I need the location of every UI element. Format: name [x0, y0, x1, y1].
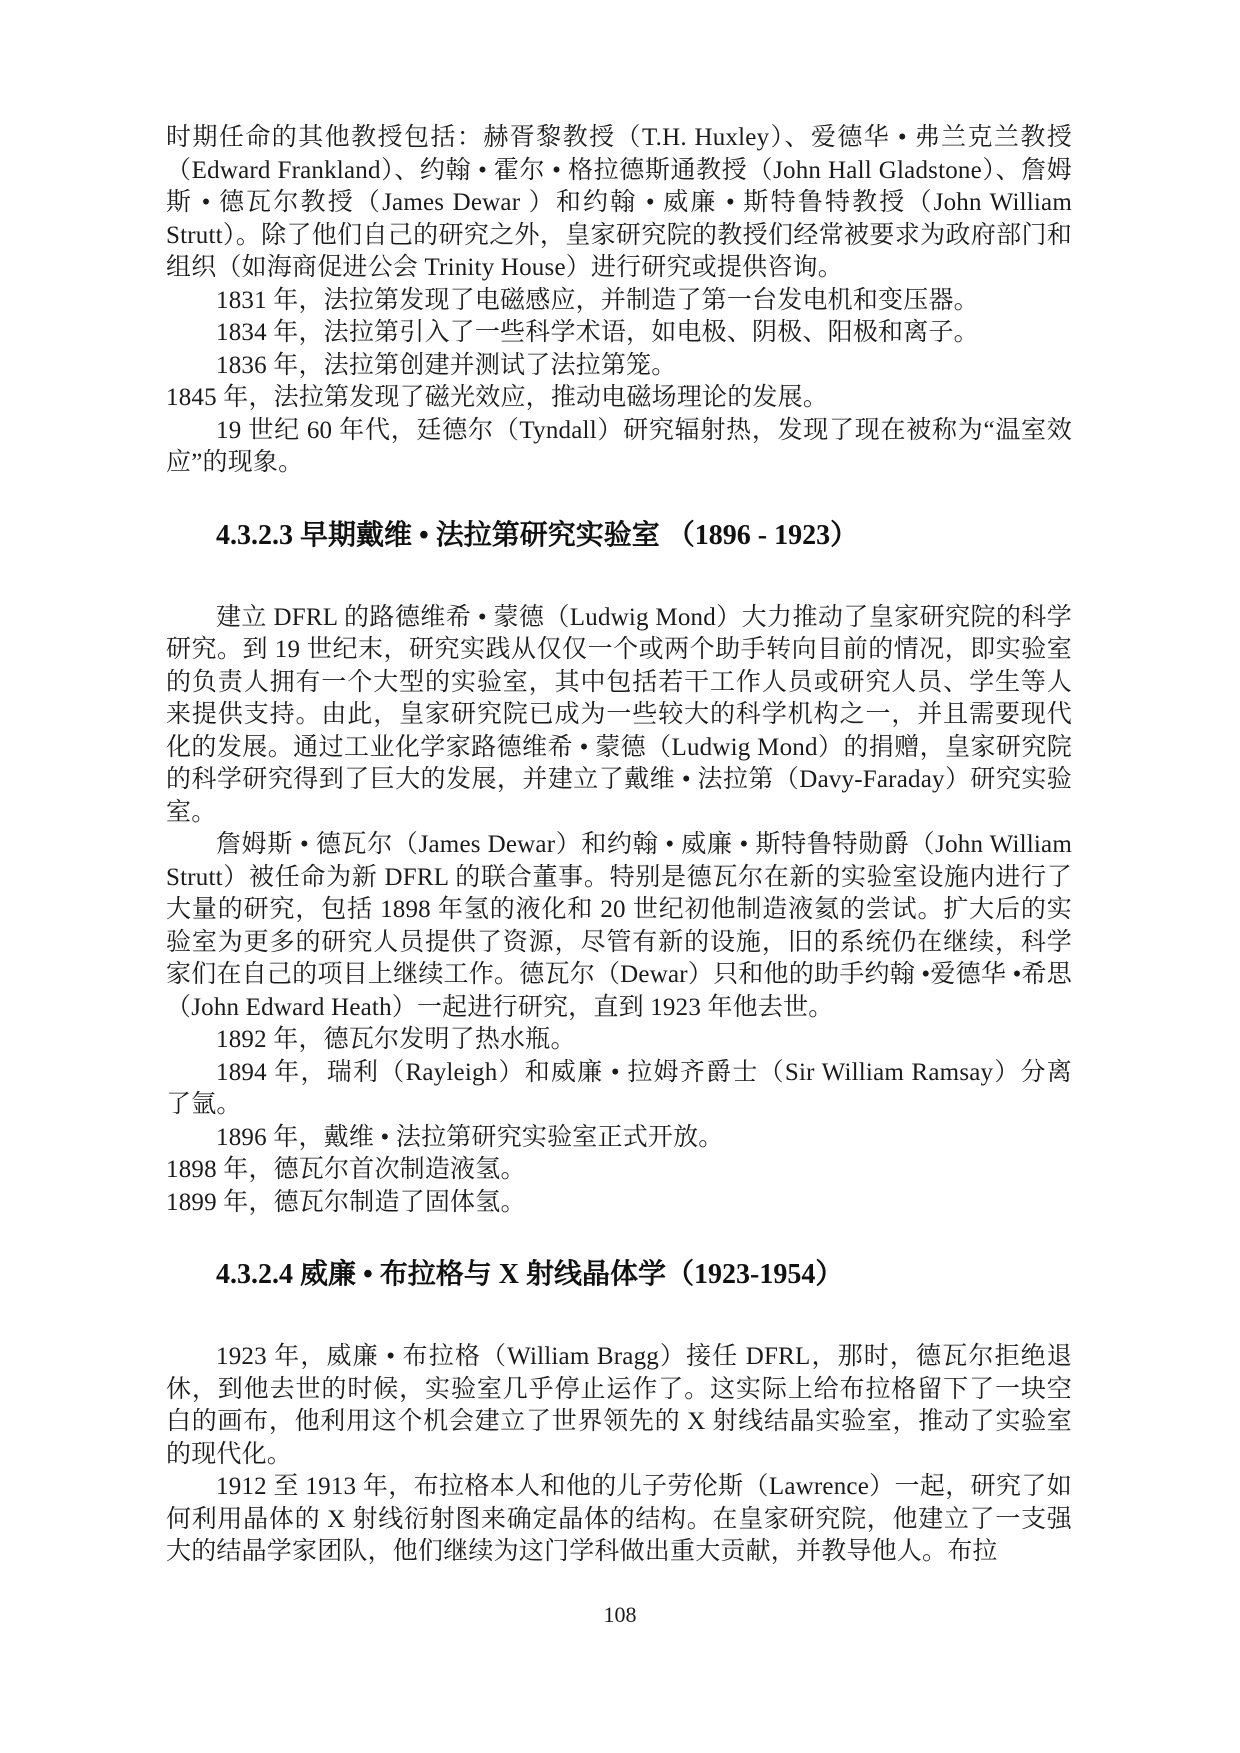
- body-paragraph: 建立 DFRL 的路德维希 • 蒙德（Ludwig Mond）大力推动了皇家研究…: [166, 602, 1072, 830]
- document-page: 时期任命的其他教授包括：赫胥黎教授（T.H. Huxley）、爱德华 • 弗兰克…: [0, 0, 1240, 1753]
- body-paragraph: 詹姆斯 • 德瓦尔（James Dewar）和约翰 • 威廉 • 斯特鲁特勋爵（…: [166, 829, 1072, 1024]
- body-paragraph: 1912 至 1913 年，布拉格本人和他的儿子劳伦斯（Lawrence）一起，…: [166, 1471, 1072, 1569]
- section-heading-4-3-2-4: 4.3.2.4 威廉 • 布拉格与 X 射线晶体学（1923-1954）: [166, 1255, 1072, 1295]
- body-paragraph: 时期任命的其他教授包括：赫胥黎教授（T.H. Huxley）、爱德华 • 弗兰克…: [166, 122, 1072, 285]
- timeline-entry-1834: 1834 年，法拉第引入了一些科学术语，如电极、阴极、阳极和离子。: [166, 317, 1072, 350]
- timeline-entry-1894: 1894 年，瑞利（Rayleigh）和威廉 • 拉姆齐爵士（Sir Willi…: [166, 1057, 1072, 1122]
- body-paragraph: 1923 年，威廉 • 布拉格（William Bragg）接任 DFRL，那时…: [166, 1341, 1072, 1471]
- section-heading-4-3-2-3: 4.3.2.3 早期戴维 • 法拉第研究实验室 （1896 - 1923）: [166, 516, 1072, 556]
- timeline-entry-1831: 1831 年，法拉第发现了电磁感应，并制造了第一台发电机和变压器。: [166, 285, 1072, 318]
- timeline-entry-1896: 1896 年，戴维 • 法拉第研究实验室正式开放。: [166, 1122, 1072, 1155]
- timeline-entry-1836: 1836 年，法拉第创建并测试了法拉第笼。: [166, 350, 1072, 383]
- timeline-entry-1898: 1898 年，德瓦尔首次制造液氢。: [166, 1154, 1072, 1187]
- timeline-entry-1845: 1845 年，法拉第发现了磁光效应，推动电磁场理论的发展。: [166, 382, 1072, 415]
- text-column: 时期任命的其他教授包括：赫胥黎教授（T.H. Huxley）、爱德华 • 弗兰克…: [166, 122, 1072, 1569]
- page-number: 108: [0, 1601, 1240, 1629]
- timeline-entry-1860s: 19 世纪 60 年代，廷德尔（Tyndall）研究辐射热，发现了现在被称为“温…: [166, 415, 1072, 480]
- timeline-entry-1892: 1892 年，德瓦尔发明了热水瓶。: [166, 1024, 1072, 1057]
- timeline-entry-1899: 1899 年，德瓦尔制造了固体氢。: [166, 1187, 1072, 1220]
